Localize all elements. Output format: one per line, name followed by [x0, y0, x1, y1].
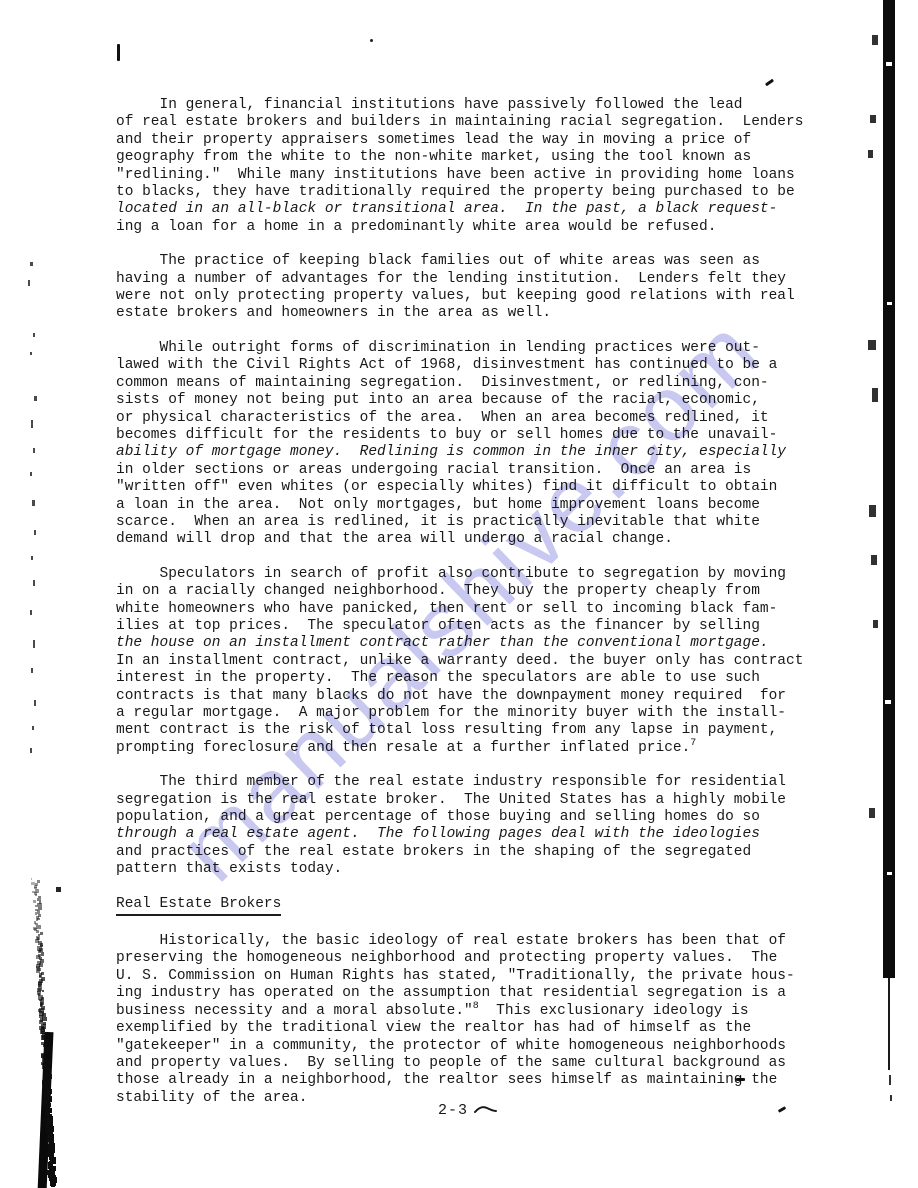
document-paragraph: Speculators in search of profit also con… — [116, 566, 822, 757]
scan-mark — [370, 39, 373, 42]
page-number: 2-3 — [438, 1102, 468, 1119]
scan-mark — [117, 44, 120, 61]
handwritten-mark — [474, 1103, 498, 1117]
document-paragraph: While outright forms of discrimination i… — [116, 340, 822, 549]
scan-edge-bar — [883, 0, 895, 978]
scan-edge-line — [888, 978, 890, 1070]
document-paragraph: The practice of keeping black families o… — [116, 253, 822, 323]
document-paragraph: In general, financial institutions have … — [116, 97, 822, 236]
document-text: In general, financial institutions have … — [116, 97, 822, 1124]
document-paragraph: Historically, the basic ideology of real… — [116, 933, 822, 1107]
scan-mark — [736, 1078, 745, 1081]
scan-mark — [765, 79, 774, 87]
document-paragraph: The third member of the real estate indu… — [116, 774, 822, 878]
scanned-document-page: manualshive.com In general, financial in… — [0, 0, 918, 1188]
section-heading: Real Estate Brokers — [116, 896, 822, 916]
